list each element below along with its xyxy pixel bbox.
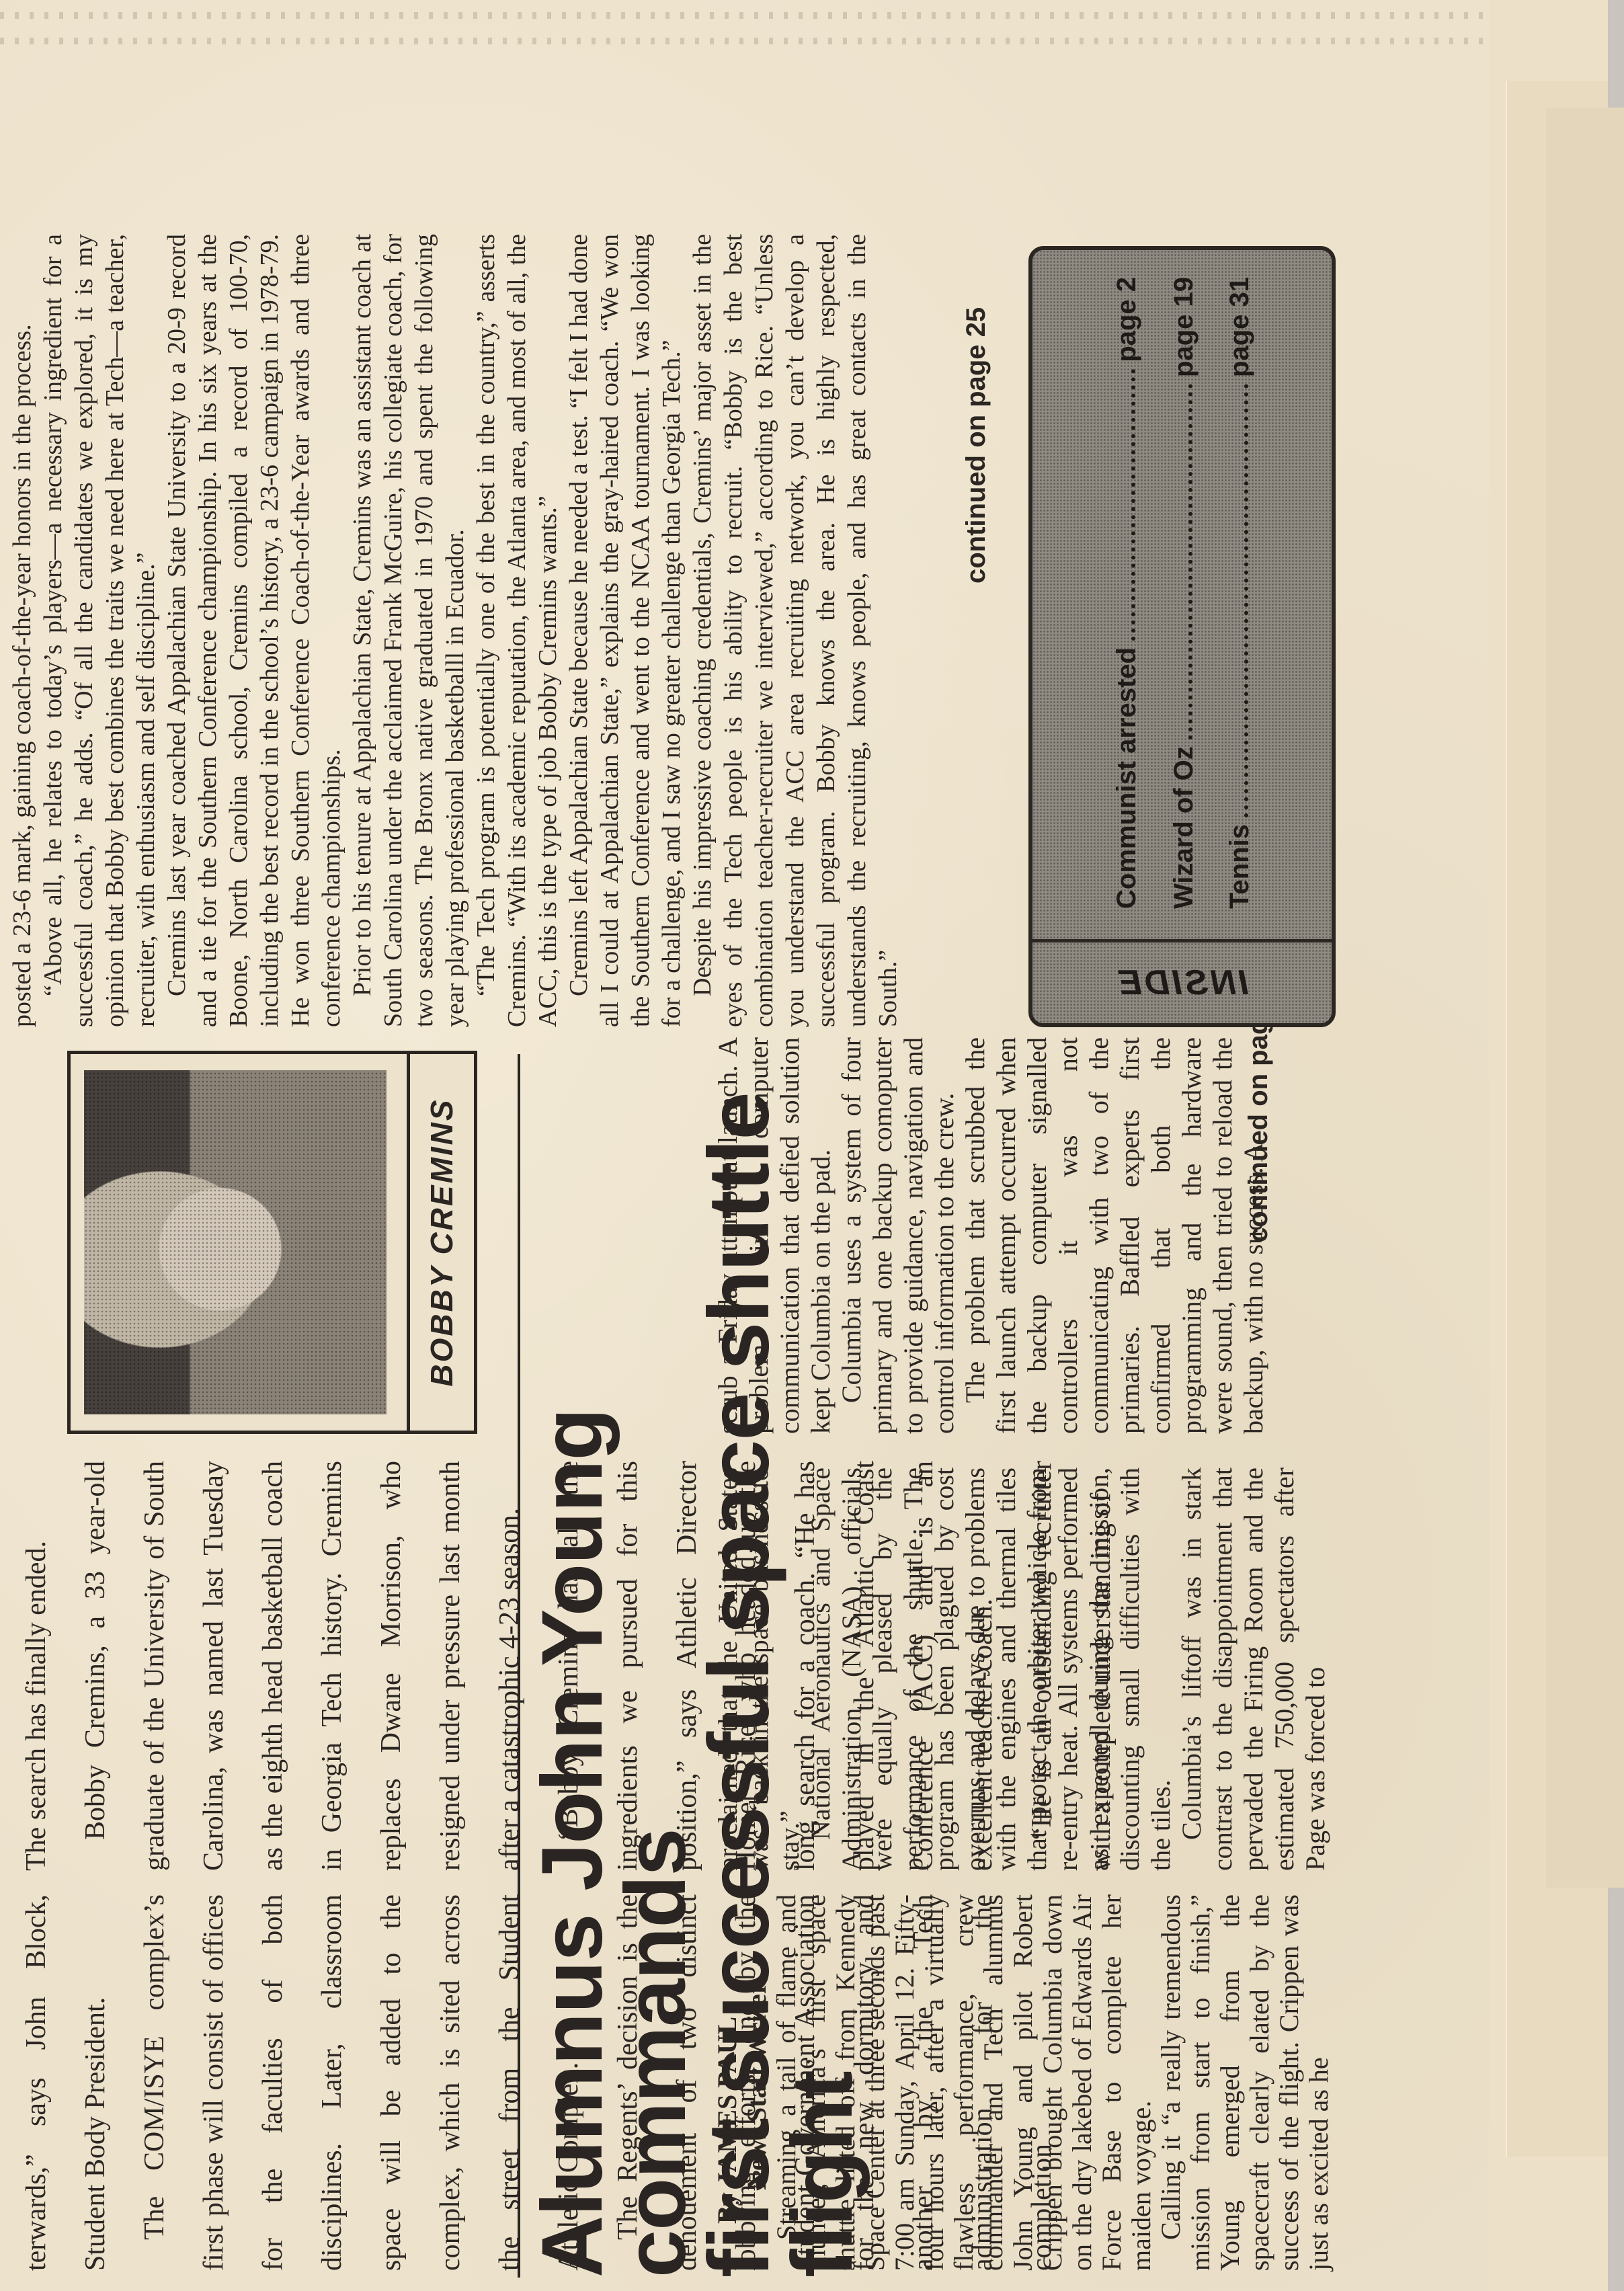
section-rule [518,1054,520,2278]
paragraph: Columbia uses a system of four primary a… [836,1037,960,1434]
inside-item-wizard-of-oz[interactable]: Wizard of Oz page 19 [1164,277,1204,909]
paragraph: The search has finally ended. [7,1461,66,1871]
inside-item-tennis[interactable]: Tennis page 31 [1219,277,1260,909]
shuttle-column-2: proclaimed that the United States was “b… [713,1468,1331,1871]
paragraph: Streaming a tail of flame and thunder, A… [772,1894,1156,2271]
inside-items: Communist arrested page 2 Wizard of Oz p… [1032,277,1332,909]
inside-index-box: INSIDE Communist arrested page 2 Wizard … [1028,246,1336,1027]
leader-dots [1244,384,1248,817]
cremins-column-wide: posted a 23-6 mark, gaining coach-of-the… [7,234,903,1027]
paragraph: Calling it “a really tremendous mission … [1156,1894,1334,2271]
newspaper-page: terwards,” says John Block, Student Body… [0,0,1489,2291]
inside-title-strip: INSIDE [1032,939,1332,1023]
paragraph: Cremins last year coached Appalachian St… [161,234,347,1027]
photo-frame: BOBBY CREMINS [67,1051,477,1434]
paragraph: terwards,” says John Block, Student Body… [7,1894,125,2271]
paragraph: “Above all, he relates to today’s player… [38,234,161,1027]
shuttle-column-3: scrub a Friday attempt at launch. A prob… [713,1037,1269,1434]
inside-item-page: page 2 [1112,277,1142,362]
portrait-photo [84,1070,387,1414]
rotated-reading-frame: terwards,” says John Block, Student Body… [0,0,1624,2291]
paragraph: Columbia’s liftoff was in stark contrast… [1176,1468,1331,1871]
shuttle-column-1: By JAMES PAUL News Staff Writer Streamin… [713,1894,1334,2271]
leader-dots [1131,369,1135,641]
inside-title: INSIDE [1116,963,1248,1003]
inside-item-page: page 19 [1169,277,1199,377]
leader-dots [1188,384,1192,739]
continued-on-page-25: continued on page 25 [961,307,991,584]
paragraph: Bobby Cremins, a 33 year-old graduate of… [66,1461,539,1871]
inside-item-label: Communist arrested [1112,647,1142,909]
paragraph: posted a 23-6 mark, gaining coach-of-the… [7,234,38,1027]
paragraph: Prior to his tenure at Appalachian State… [347,234,471,1027]
paragraph: The problem that scrubbed the first laun… [960,1037,1269,1434]
byline: By JAMES PAUL [713,1894,742,2271]
paragraph: scrub a Friday attempt at launch. A prob… [713,1037,836,1434]
inside-item-label: Tennis [1225,824,1255,909]
inside-item-page: page 31 [1225,277,1255,377]
photo-caption: BOBBY CREMINS [407,1054,474,1431]
paragraph: Despite his impressive coaching credenti… [687,234,903,1027]
inside-item-label: Wizard of Oz [1169,746,1199,909]
byline-title: News Staff Writer [742,1894,772,2271]
inside-item-communist-arrested[interactable]: Communist arrested page 2 [1106,277,1147,909]
paragraph: “The Tech program is potentially one of … [471,234,563,1027]
paragraph: National Aeronautics and Space Administr… [805,1468,1176,1871]
headline-line-1: Alumnus John Young commands [531,1034,698,2278]
paragraph: proclaimed that the United States was “b… [713,1468,805,1871]
paragraph: Cremins left Appalachian State because h… [563,234,687,1027]
